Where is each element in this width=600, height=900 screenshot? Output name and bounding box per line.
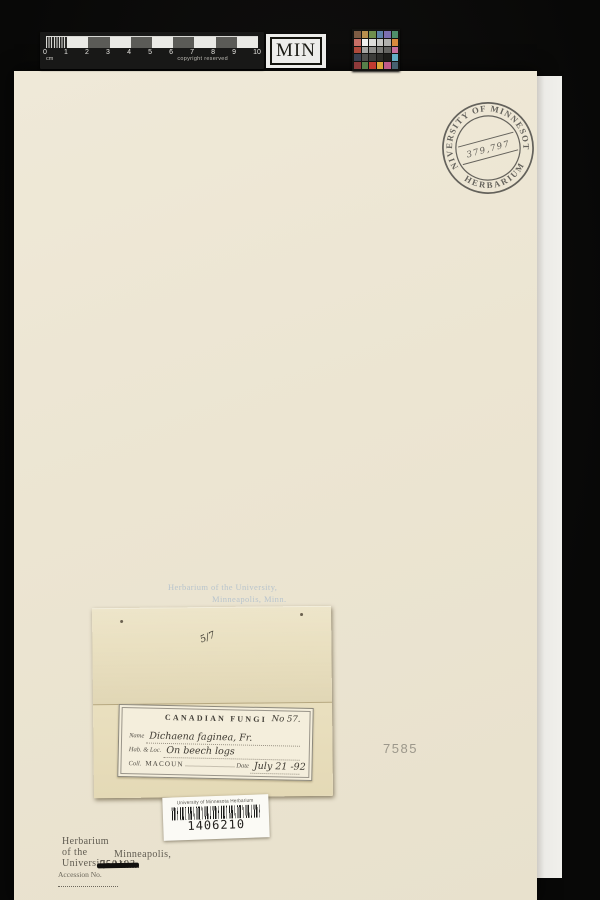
color-swatch (377, 47, 384, 54)
ruler-numbers: 012345678910 (40, 48, 264, 56)
label-series-title: CANADIAN FUNGI (165, 713, 267, 724)
faint-stamp-line2: Minneapolis, Minn. (212, 593, 287, 605)
color-swatch (384, 62, 391, 69)
label-collection-number: No 57. (272, 714, 301, 725)
label-collector-value: MACOUN (145, 760, 183, 769)
color-swatch (377, 39, 384, 46)
accession-blank-line (58, 879, 118, 887)
color-swatch (392, 47, 399, 54)
color-swatch (392, 39, 399, 46)
stamp-arc-bottom-text: HERBARIUM (461, 158, 531, 197)
color-swatch (354, 62, 361, 69)
ruler-number: 0 (43, 49, 47, 56)
accession-label: Accession No. (58, 870, 102, 879)
color-swatch (369, 31, 376, 38)
color-swatch (369, 62, 376, 69)
faint-stamp-line1: Herbarium of the University, (168, 581, 287, 593)
color-swatch (354, 47, 361, 54)
ruler-number: 7 (190, 49, 194, 56)
color-swatch (377, 54, 384, 61)
second-sheet-edge (537, 76, 562, 878)
ruler-segment (173, 37, 194, 48)
color-swatch (362, 54, 369, 61)
ruler-segment (110, 37, 131, 48)
specimen-label: CANADIAN FUNGI No 57. Name Dichaena fagi… (117, 704, 313, 781)
color-swatch (384, 31, 391, 38)
color-swatch (392, 54, 399, 61)
ruler-number: 2 (85, 49, 89, 56)
faint-herbarium-stamp: Herbarium of the University, Minneapolis… (168, 581, 287, 605)
color-swatch (354, 39, 361, 46)
label-habitat-field: Hab. & Loc. (129, 746, 162, 754)
ruler-number: 5 (148, 49, 152, 56)
bottom-stamp-accession: Accession No. (58, 870, 118, 889)
color-swatch (384, 54, 391, 61)
color-swatch (354, 31, 361, 38)
ruler-number: 10 (253, 49, 261, 56)
ruler-segments (46, 36, 258, 48)
ruler-segment (152, 37, 173, 48)
ruler-number: 6 (169, 49, 173, 56)
ruler-unit-label: cm (46, 56, 53, 62)
color-swatch (384, 47, 391, 54)
specimen-photograph: 012345678910 cm copyright reserved MIN U… (0, 0, 600, 900)
label-name-value: Dichaena faginea, Fr. (146, 731, 252, 744)
gray-accession-number: 7585 (383, 741, 418, 756)
barcode-number: 1406210 (187, 817, 245, 833)
ruler-segment (88, 37, 109, 48)
pin-hole (300, 613, 303, 616)
color-swatch (392, 62, 399, 69)
label-date-value: July 21 -92 (251, 761, 306, 773)
pin-hole (120, 620, 123, 623)
ruler-segment (237, 37, 258, 48)
ruler-number: 3 (106, 49, 110, 56)
label-date-field: Date (236, 762, 249, 769)
color-swatch (369, 54, 376, 61)
ruler-footer: cm copyright reserved (40, 56, 264, 62)
bottom-stamp-struck-number: 750103 (100, 859, 136, 870)
label-collector-field: Coll. (128, 760, 141, 767)
color-swatch (369, 47, 376, 54)
specimen-label-inner-border: CANADIAN FUNGI No 57. Name Dichaena fagi… (120, 707, 310, 778)
color-swatch (369, 39, 376, 46)
color-swatch (384, 39, 391, 46)
label-collector-rule (186, 765, 235, 767)
color-swatch (362, 62, 369, 69)
ruler-copyright-text: copyright reserved (177, 56, 228, 62)
color-swatch (354, 54, 361, 61)
ruler-number: 1 (64, 49, 68, 56)
ruler-segment (46, 37, 67, 48)
scale-bar: 012345678910 cm copyright reserved (40, 32, 264, 69)
ruler-number: 9 (232, 49, 236, 56)
color-swatch (377, 62, 384, 69)
ruler-segment (131, 37, 152, 48)
herbarium-code-tag: MIN (266, 34, 326, 68)
color-swatch (377, 31, 384, 38)
svg-text:HERBARIUM: HERBARIUM (461, 158, 531, 197)
herbarium-code-label: MIN (270, 37, 322, 65)
ruler-segment (67, 37, 88, 48)
color-swatch (362, 39, 369, 46)
color-swatch (362, 47, 369, 54)
ruler-segment (216, 37, 237, 48)
color-chart (352, 29, 400, 71)
label-name-field: Name (129, 732, 144, 739)
ruler-segment (194, 37, 215, 48)
label-date-rule: July 21 -92 (251, 755, 300, 775)
color-swatch (362, 31, 369, 38)
barcode-label: University of Minnesota Herbarium 140621… (162, 794, 269, 841)
ruler-number: 4 (127, 49, 131, 56)
color-swatch (392, 31, 399, 38)
packet-flap (92, 606, 332, 705)
ruler-number: 8 (211, 49, 215, 56)
label-habitat-value: On beech logs (163, 745, 235, 757)
